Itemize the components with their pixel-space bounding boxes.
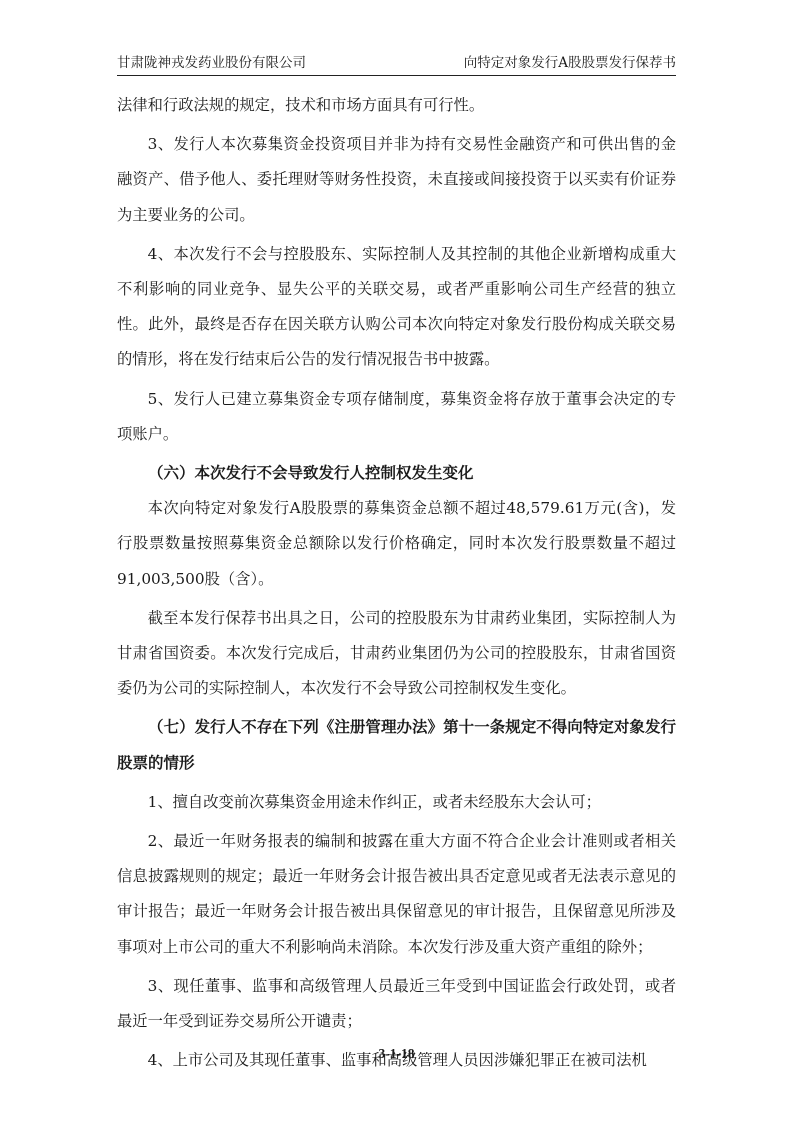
paragraph-fundraising-amount: 本次向特定对象发行A股股票的募集资金总额不超过48,579.61万元(含)，发行…	[117, 491, 676, 597]
section-heading-6: （六）本次发行不会导致发行人控制权发生变化	[117, 456, 676, 491]
header-company-name: 甘肃陇神戎发药业股份有限公司	[117, 51, 306, 71]
section-heading-7: （七）发行人不存在下列《注册管理办法》第十一条规定不得向特定对象发行股票的情形	[117, 710, 676, 780]
paragraph-item-3: 3、发行人本次募集资金投资项目并非为持有交易性金融资产和可供出售的金融资产、借予…	[117, 127, 676, 233]
paragraph-continuation: 法律和行政法规的规定，技术和市场方面具有可行性。	[117, 88, 676, 123]
document-body: 法律和行政法规的规定，技术和市场方面具有可行性。 3、发行人本次募集资金投资项目…	[117, 88, 676, 1078]
paragraph-condition-2: 2、最近一年财务报表的编制和披露在重大方面不符合企业会计准则或者相关信息披露规则…	[117, 824, 676, 965]
paragraph-item-5: 5、发行人已建立募集资金专项存储制度，募集资金将存放于董事会决定的专项账户。	[117, 382, 676, 452]
paragraph-controlling-shareholder: 截至本发行保荐书出具之日，公司的控股股东为甘肃药业集团，实际控制人为甘肃省国资委…	[117, 601, 676, 707]
paragraph-item-4: 4、本次发行不会与控股股东、实际控制人及其控制的其他企业新增构成重大不利影响的同…	[117, 237, 676, 378]
page-header: 甘肃陇神戎发药业股份有限公司 向特定对象发行A股股票发行保荐书	[117, 52, 676, 76]
paragraph-condition-3: 3、现任董事、监事和高级管理人员最近三年受到中国证监会行政处罚，或者最近一年受到…	[117, 969, 676, 1039]
page-number: 3-1-18	[0, 1046, 793, 1062]
header-document-title: 向特定对象发行A股股票发行保荐书	[464, 51, 676, 71]
paragraph-condition-1: 1、擅自改变前次募集资金用途未作纠正，或者未经股东大会认可；	[117, 785, 676, 820]
